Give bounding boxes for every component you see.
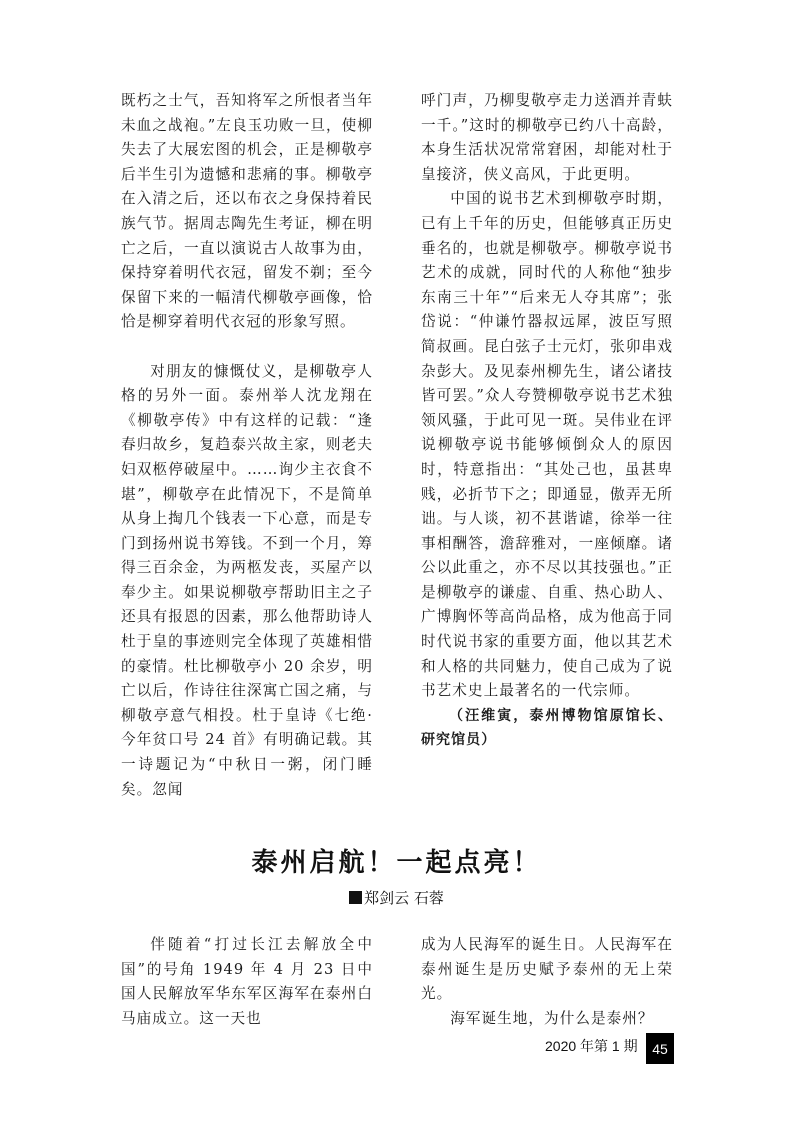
paragraph: 对朋友的慷慨仗义，是柳敬亭人格的另外一面。泰州举人沈龙翔在《柳敬亭传》中有这样的… [121,360,373,803]
byline-authors: 郑剑云 石蓉 [364,889,444,907]
article1-left-column: 既朽之士气，吾知将军之所恨者当年未血之战袍。”左良玉功败一旦，使柳失去了大展宏图… [121,89,373,802]
byline: 郑剑云 石蓉 [0,887,793,908]
paragraph: 呼门声，乃柳叟敬亭走力送酒并青蚨一千。”这时的柳敬亭已约八十高龄，本身生活状况常… [421,89,673,187]
issue-label: 2020 年第 1 期 [545,1036,638,1056]
paragraph: 既朽之士气，吾知将军之所恨者当年未血之战袍。”左良玉功败一旦，使柳失去了大展宏图… [121,89,373,335]
square-bullet-icon [349,891,362,904]
article2-left-column: 伴随着“打过长江去解放全中国”的号角 1949 年 4 月 23 日中国人民解放… [121,933,373,1031]
paragraph: 海军诞生地，为什么是泰州？ [421,1007,673,1032]
article-title: 泰州启航！一起点亮！ [0,842,793,879]
article2-right-column: 成为人民海军的诞生日。人民海军在泰州诞生是历史赋予泰州的无上荣光。 海军诞生地，… [421,933,673,1031]
article1-right-column: 呼门声，乃柳叟敬亭走力送酒并青蚨一千。”这时的柳敬亭已约八十高龄，本身生活状况常… [421,89,673,753]
author-credit: （汪维寅，泰州博物馆原馆长、研究馆员） [421,704,673,753]
paragraph: 成为人民海军的诞生日。人民海军在泰州诞生是历史赋予泰州的无上荣光。 [421,933,673,1007]
paragraph: 伴随着“打过长江去解放全中国”的号角 1949 年 4 月 23 日中国人民解放… [121,933,373,1031]
paragraph: 中国的说书艺术到柳敬亭时期，已有上千年的历史，但能够真正历史垂名的，也就是柳敬亭… [421,187,673,703]
page-number: 45 [646,1033,674,1064]
